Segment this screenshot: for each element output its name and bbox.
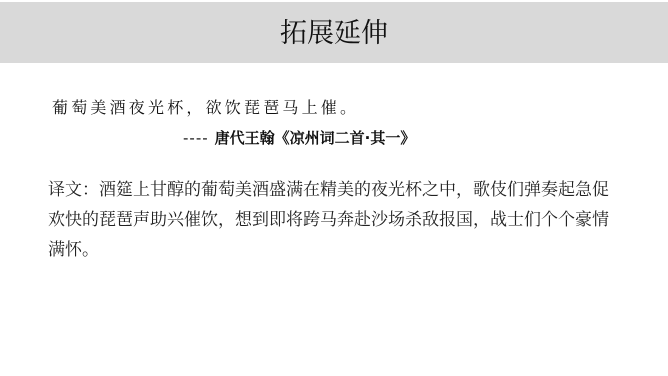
slide: 拓展延伸 葡萄美酒夜光杯，欲饮琵琶马上催。 ----唐代王翰《凉州词二首·其一》… (0, 0, 668, 376)
poem-attribution: ----唐代王翰《凉州词二首·其一》 (183, 128, 415, 148)
attribution-dash: ---- (183, 129, 209, 147)
attribution-text: 唐代王翰《凉州词二首·其一》 (215, 129, 416, 147)
translation-paragraph: 译文：酒筵上甘醇的葡萄美酒盛满在精美的夜光杯之中，歌伎们弹奏起急促 欢快的琵琶声… (48, 175, 603, 265)
poem-verse: 葡萄美酒夜光杯，欲饮琵琶马上催。 (52, 98, 359, 118)
page-title: 拓展延伸 (280, 20, 388, 47)
translation-line: 满怀。 (48, 235, 603, 265)
translation-line: 欢快的琵琶声助兴催饮，想到即将跨马奔赴沙场杀敌报国，战士们个个豪情 (48, 205, 603, 235)
translation-line: 译文：酒筵上甘醇的葡萄美酒盛满在精美的夜光杯之中，歌伎们弹奏起急促 (48, 175, 603, 205)
header-band: 拓展延伸 (0, 2, 668, 63)
